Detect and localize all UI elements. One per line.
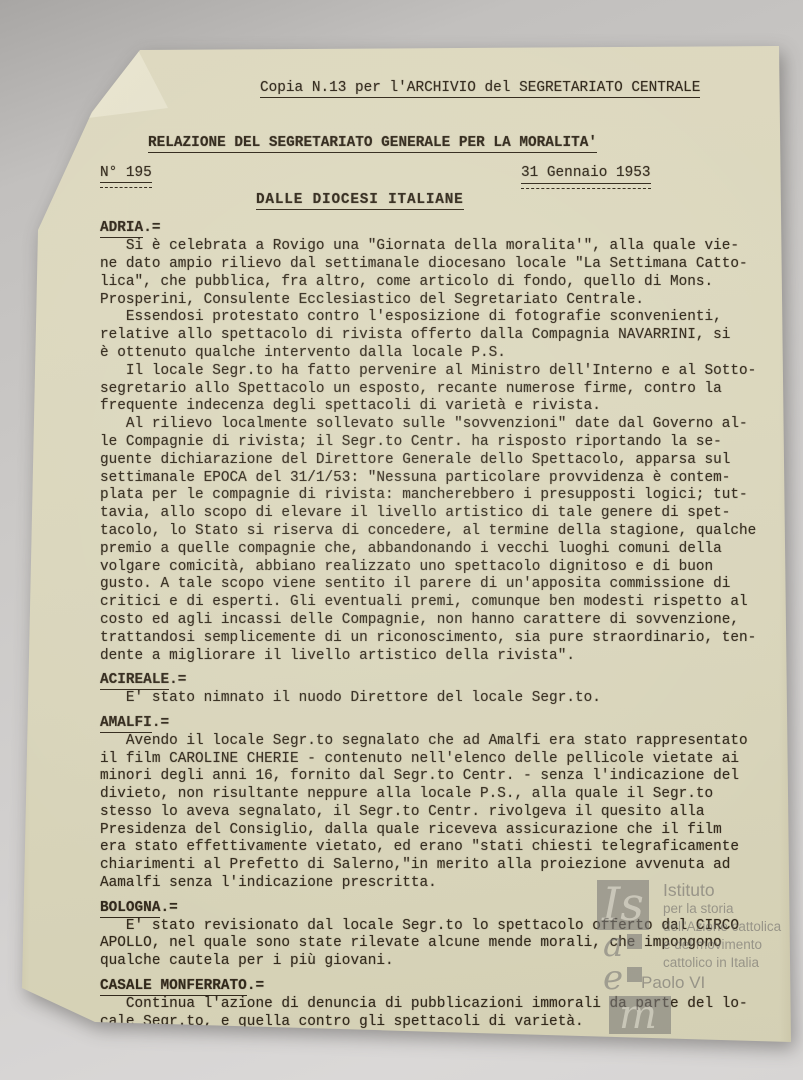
body-line: minori degli anni 16, fornito dal Segr.t…: [100, 768, 794, 786]
document-section: BOLOGNA.= E' stato revisionato dal local…: [100, 900, 794, 971]
body-line: lica", che pubblica, fra altro, come art…: [100, 274, 794, 292]
paragraph: Si è celebrata a Rovigo una "Giornata de…: [100, 238, 794, 309]
body-line: tavia, allo scopo di elevare il livello …: [100, 505, 794, 523]
body-line: tacolo, lo Stato si riserva di concedere…: [100, 523, 794, 541]
report-number: N° 195: [100, 165, 152, 183]
body-line: settimanale EPOCA del 31/1/53: "Nessuna …: [100, 470, 794, 488]
body-line: premio a quelle compagnie che, abbandona…: [100, 541, 794, 559]
body-line: volgare comicità, abbiano realizzato uno…: [100, 559, 794, 577]
paragraph: Continua l'azione di denuncia di pubblic…: [100, 996, 794, 1032]
body-line: Al rilievo localmente sollevato sulle "s…: [100, 416, 794, 434]
body-line: stesso lo aveva segnalato, il Segr.to Ce…: [100, 804, 794, 822]
body-line: Presidenza del Consiglio, dalla quale ri…: [100, 822, 794, 840]
body-line: Si è celebrata a Rovigo una "Giornata de…: [100, 238, 794, 256]
body-line: trattandosi semplicemente di un riconosc…: [100, 630, 794, 648]
body-line: chiarimenti al Prefetto di Salerno,"in m…: [100, 857, 794, 875]
paragraph: Al rilievo localmente sollevato sulle "s…: [100, 416, 794, 665]
section-heading: ADRIA.=: [100, 220, 794, 238]
body-line: Continua l'azione di denuncia di pubblic…: [100, 996, 794, 1014]
section-heading-suffix: .=: [152, 715, 169, 731]
body-line: frequente indecenza degli spettacoli di …: [100, 398, 794, 416]
body-line: qualche cautela per i più giovani.: [100, 953, 794, 971]
section-heading-name: CASALE MONFERRATO: [100, 978, 247, 996]
paragraph: E' stato revisionato dal locale Segr.to …: [100, 918, 794, 971]
paragraph: Essendosi protestato contro l'esposizion…: [100, 309, 794, 362]
document-page: Copia N.13 per l'ARCHIVIO del SEGRETARIA…: [0, 0, 803, 1080]
paragraph: Il locale Segr.to ha fatto pervenire al …: [100, 363, 794, 416]
document-section: ACIREALE.= E' stato nimnato il nuodo Dir…: [100, 672, 794, 708]
section-heading-name: ACIREALE: [100, 672, 169, 690]
document-section: AMALFI.= Avendo il locale Segr.to segnal…: [100, 715, 794, 893]
body-line: è ottenuto qualche intervento dalla loca…: [100, 345, 794, 363]
section-heading: AMALFI.=: [100, 715, 794, 733]
section-heading-name: AMALFI: [100, 715, 152, 733]
body-line: guente dichiarazione del Direttore Gener…: [100, 452, 794, 470]
body-line: ne dato ampio rilievo dal settimanale di…: [100, 256, 794, 274]
section-heading: CASALE MONFERRATO.=: [100, 978, 794, 996]
body-line: costo ed agli incassi delle Compagnie, n…: [100, 612, 794, 630]
body-line: Aamalfi senza l'indicazione prescritta.: [100, 875, 794, 893]
paragraph: Avendo il locale Segr.to segnalato che a…: [100, 733, 794, 893]
section-subtitle: DALLE DIOCESI ITALIANE: [256, 192, 794, 210]
body-line: segretario allo Spettacolo un esposto, r…: [100, 381, 794, 399]
body-line: cale Segr.to, e quella contro gli spetta…: [100, 1014, 794, 1032]
body-line: dente a migliorare il livello artistico …: [100, 648, 794, 666]
photo-background: Copia N.13 per l'ARCHIVIO del SEGRETARIA…: [0, 0, 803, 1080]
section-heading-name: BOLOGNA: [100, 900, 160, 918]
document-section: ADRIA.= Si è celebrata a Rovigo una "Gio…: [100, 220, 794, 665]
document-section: CASALE MONFERRATO.= Continua l'azione di…: [100, 978, 794, 1031]
body-line: APOLLO, nel quale sono state rilevate al…: [100, 935, 794, 953]
report-date: 31 Gennaio 1953: [521, 165, 651, 185]
body-line: le Compagnie di rivista; il Segr.to Cent…: [100, 434, 794, 452]
section-heading-name: ADRIA: [100, 220, 143, 238]
copy-line-text: Copia N.13 per l'ARCHIVIO del SEGRETARIA…: [260, 80, 700, 98]
paragraph: E' stato nimnato il nuodo Direttore del …: [100, 690, 794, 708]
copy-line: Copia N.13 per l'ARCHIVIO del SEGRETARIA…: [260, 80, 794, 98]
section-heading: ACIREALE.=: [100, 672, 794, 690]
body-line: Prosperini, Consulente Ecclesiastico del…: [100, 292, 794, 310]
body-line: Avendo il locale Segr.to segnalato che a…: [100, 733, 794, 751]
section-heading-suffix: .=: [160, 900, 177, 916]
body-line: Il locale Segr.to ha fatto pervenire al …: [100, 363, 794, 381]
body-line: il film CAROLINE CHERIE - contenuto nell…: [100, 751, 794, 769]
body-line: critici e di esperti. Gli eventuali prem…: [100, 594, 794, 612]
body-line: Essendosi protestato contro l'esposizion…: [100, 309, 794, 327]
section-heading-suffix: .=: [143, 220, 160, 236]
report-title: RELAZIONE DEL SEGRETARIATO GENERALE PER …: [148, 135, 794, 153]
typewritten-text: Copia N.13 per l'ARCHIVIO del SEGRETARIA…: [100, 70, 794, 1031]
body-line: era stato effettivamente vietato, ed era…: [100, 839, 794, 857]
number-date-row: N° 195 31 Gennaio 1953: [100, 165, 794, 183]
body-line: plata per le compagnie di rivista: manch…: [100, 487, 794, 505]
body-line: E' stato revisionato dal locale Segr.to …: [100, 918, 794, 936]
diocese-sections: ADRIA.= Si è celebrata a Rovigo una "Gio…: [100, 220, 794, 1031]
report-title-text: RELAZIONE DEL SEGRETARIATO GENERALE PER …: [148, 135, 597, 153]
body-line: divieto, non risultante neppure alla loc…: [100, 786, 794, 804]
section-heading-suffix: .=: [247, 978, 264, 994]
section-heading-suffix: .=: [169, 672, 186, 688]
body-line: relative allo spettacolo di rivista offe…: [100, 327, 794, 345]
body-line: gusto. A tale scopo viene sentito il par…: [100, 576, 794, 594]
body-line: E' stato nimnato il nuodo Direttore del …: [100, 690, 794, 708]
section-subtitle-text: DALLE DIOCESI ITALIANE: [256, 192, 464, 210]
paper-shadow: Copia N.13 per l'ARCHIVIO del SEGRETARIA…: [0, 0, 803, 1080]
section-heading: BOLOGNA.=: [100, 900, 794, 918]
